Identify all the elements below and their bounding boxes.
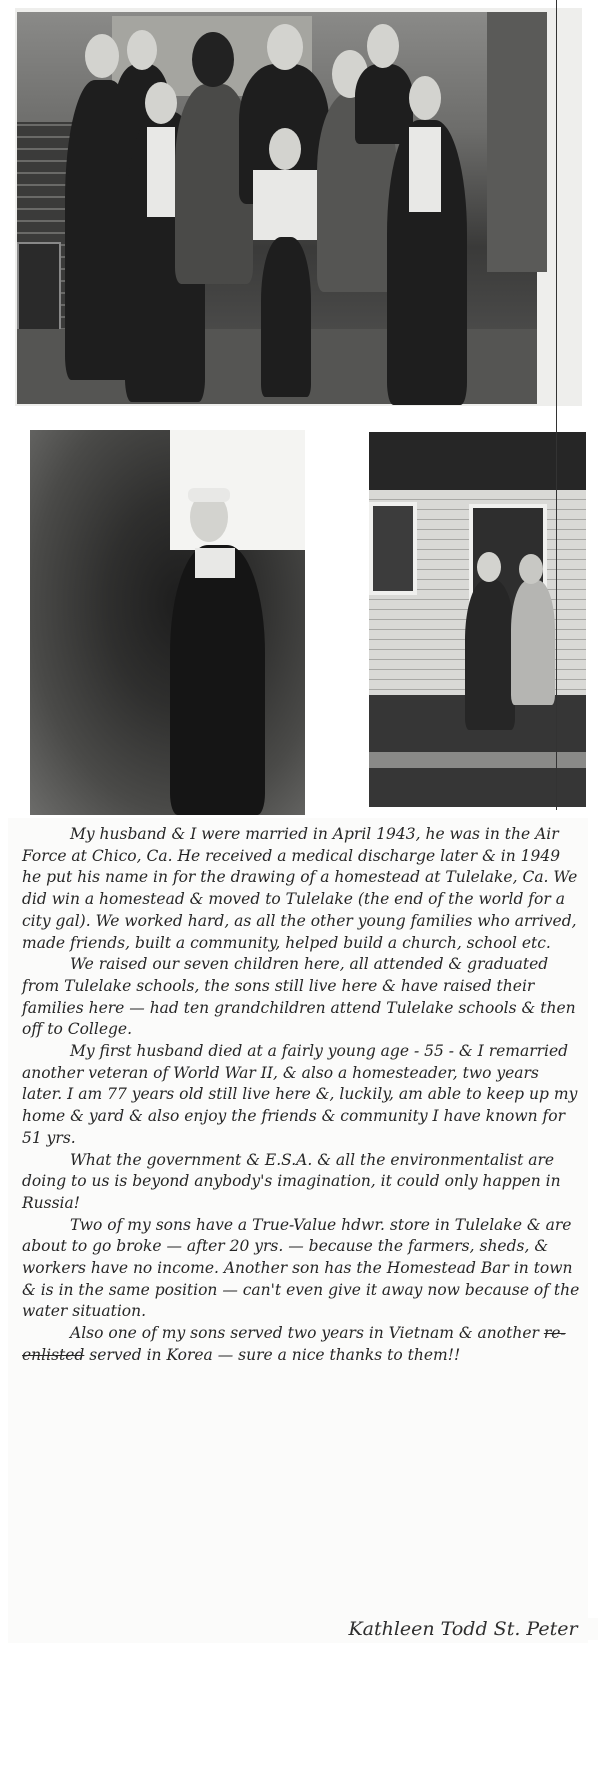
doorway xyxy=(487,12,547,272)
letter-paragraph: What the government & E.S.A. & all the e… xyxy=(22,1150,582,1215)
grass-strip xyxy=(369,752,586,768)
person-head xyxy=(367,24,399,68)
person-head xyxy=(267,24,303,70)
shirt xyxy=(147,127,175,217)
sailor-photo xyxy=(30,430,305,815)
person-head xyxy=(192,32,234,87)
house-window xyxy=(369,502,417,595)
signature: Kathleen Todd St. Peter xyxy=(328,1618,598,1640)
letter-paragraph: My first husband died at a fairly young … xyxy=(22,1041,582,1150)
sailor-cap xyxy=(188,488,230,502)
sailor-collar xyxy=(195,548,235,578)
person-head xyxy=(409,76,441,120)
television xyxy=(17,242,61,341)
person-head xyxy=(145,82,177,124)
person-head xyxy=(127,30,157,70)
couple-photo xyxy=(369,432,586,807)
shirt xyxy=(253,170,319,240)
letter-body: My husband & I were married in April 194… xyxy=(22,824,582,1367)
person-head xyxy=(477,552,501,582)
letter-paragraph: Two of my sons have a True-Value hdwr. s… xyxy=(22,1215,582,1324)
roof-eave xyxy=(369,432,586,490)
handwritten-letter: My husband & I were married in April 194… xyxy=(8,818,588,1643)
person-soldier xyxy=(465,580,515,730)
letter-paragraph: We raised our seven children here, all a… xyxy=(22,954,582,1041)
person-woman xyxy=(511,580,555,705)
struck-word: re-enlisted xyxy=(22,1324,566,1364)
shirt xyxy=(409,127,441,212)
letter-paragraph-last: Also one of my sons served two years in … xyxy=(22,1323,582,1366)
person-head xyxy=(269,128,301,170)
person-head xyxy=(85,34,119,78)
person-sailor xyxy=(170,545,265,815)
family-photo-image xyxy=(17,12,537,404)
scanned-page: My husband & I were married in April 194… xyxy=(0,0,600,1770)
person-young-boy xyxy=(261,237,311,397)
scan-edge-line xyxy=(556,0,557,810)
letter-paragraph: My husband & I were married in April 194… xyxy=(22,824,582,954)
person-head xyxy=(519,554,543,584)
family-portrait-photo xyxy=(15,8,582,406)
